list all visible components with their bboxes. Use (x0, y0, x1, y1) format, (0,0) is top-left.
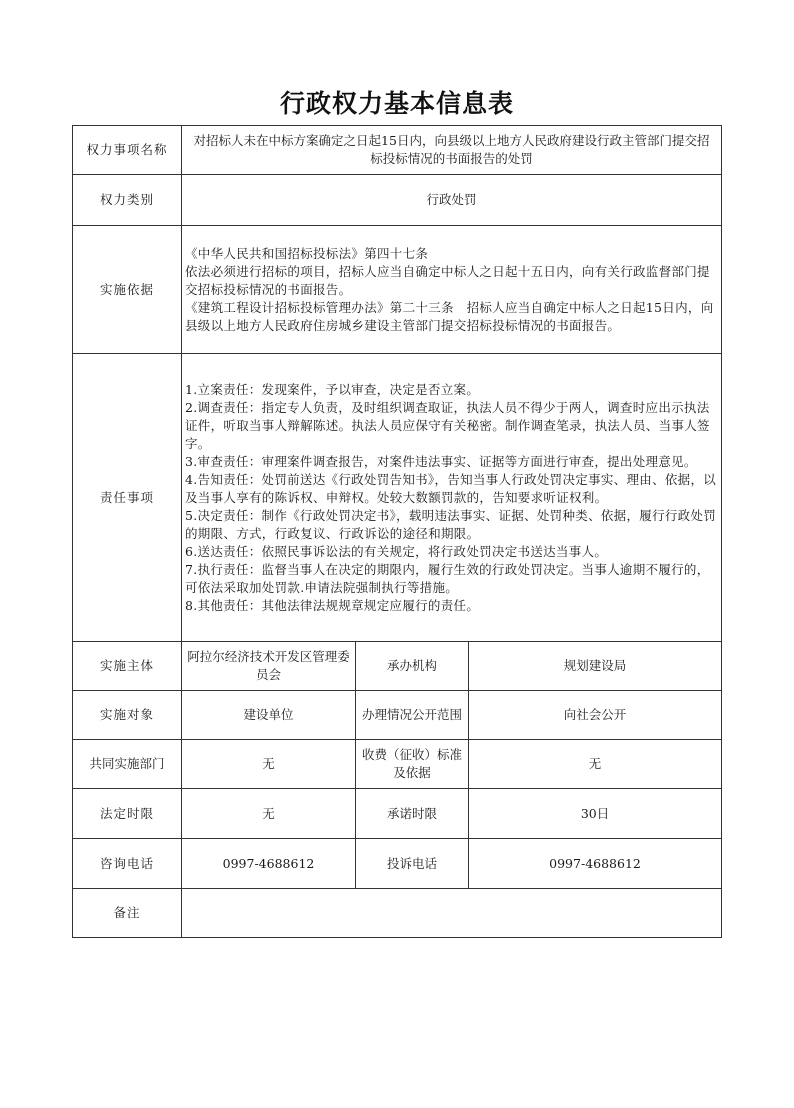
joint-dept-label: 共同实施部门 (73, 740, 182, 789)
responsibility-item: 1.立案责任：发现案件，予以审查，决定是否立案。 (185, 381, 718, 399)
complaint-phone-value: 0997-4688612 (469, 839, 722, 889)
inquiry-phone-label: 咨询电话 (73, 839, 182, 889)
row-phone: 咨询电话 0997-4688612 投诉电话 0997-4688612 (73, 839, 722, 889)
promised-time-limit-value: 30日 (469, 789, 722, 839)
remarks-label: 备注 (73, 889, 182, 938)
row-responsibilities: 责任事项 1.立案责任：发现案件，予以审查，决定是否立案。 2.调查责任：指定专… (73, 354, 722, 642)
basis-value: 《中华人民共和国招标投标法》第四十七条 依法必须进行招标的项目，招标人应当自确定… (182, 226, 722, 354)
basis-paragraph: 《中华人民共和国招标投标法》第四十七条 (185, 245, 718, 263)
inquiry-phone-value: 0997-4688612 (182, 839, 356, 889)
row-subject: 实施主体 阿拉尔经济技术开发区管理委员会 承办机构 规划建设局 (73, 642, 722, 691)
responsibility-item: 2.调查责任：指定专人负责，及时组织调查取证，执法人员不得少于两人，调查时应出示… (185, 399, 718, 453)
page-title: 行政权力基本信息表 (0, 84, 794, 120)
power-category-label: 权力类别 (73, 175, 182, 226)
basis-paragraph: 依法必须进行招标的项目，招标人应当自确定中标人之日起十五日内，向有关行政监督部门… (185, 263, 718, 299)
fee-standard-value: 无 (469, 740, 722, 789)
power-name-label: 权力事项名称 (73, 126, 182, 175)
complaint-phone-label: 投诉电话 (356, 839, 469, 889)
row-remarks: 备注 (73, 889, 722, 938)
info-table: 权力事项名称 对招标人未在中标方案确定之日起15日内，向县级以上地方人民政府建设… (72, 125, 722, 938)
handling-agency-label: 承办机构 (356, 642, 469, 691)
legal-time-limit-label: 法定时限 (73, 789, 182, 839)
disclosure-scope-value: 向社会公开 (469, 691, 722, 740)
responsibility-item: 3.审查责任：审理案件调查报告，对案件违法事实、证据等方面进行审查，提出处理意见… (185, 453, 718, 471)
row-power-category: 权力类别 行政处罚 (73, 175, 722, 226)
responsibility-item: 8.其他责任：其他法律法规规章规定应履行的责任。 (185, 597, 718, 615)
target-label: 实施对象 (73, 691, 182, 740)
subject-label: 实施主体 (73, 642, 182, 691)
row-power-name: 权力事项名称 对招标人未在中标方案确定之日起15日内，向县级以上地方人民政府建设… (73, 126, 722, 175)
row-time-limit: 法定时限 无 承诺时限 30日 (73, 789, 722, 839)
responsibility-item: 6.送达责任：依照民事诉讼法的有关规定，将行政处罚决定书送达当事人。 (185, 543, 718, 561)
target-value: 建设单位 (182, 691, 356, 740)
promised-time-limit-label: 承诺时限 (356, 789, 469, 839)
responsibility-item: 7.执行责任：监督当事人在决定的期限内，履行生效的行政处罚决定。当事人逾期不履行… (185, 561, 718, 597)
row-basis: 实施依据 《中华人民共和国招标投标法》第四十七条 依法必须进行招标的项目，招标人… (73, 226, 722, 354)
handling-agency-value: 规划建设局 (469, 642, 722, 691)
subject-value: 阿拉尔经济技术开发区管理委员会 (182, 642, 356, 691)
basis-paragraph: 《建筑工程设计招标投标管理办法》第二十三条 招标人应当自确定中标人之日起15日内… (185, 299, 718, 335)
fee-standard-label: 收费（征收）标准及依据 (356, 740, 469, 789)
responsibilities-label: 责任事项 (73, 354, 182, 642)
power-name-value: 对招标人未在中标方案确定之日起15日内，向县级以上地方人民政府建设行政主管部门提… (182, 126, 722, 175)
row-joint-dept: 共同实施部门 无 收费（征收）标准及依据 无 (73, 740, 722, 789)
responsibilities-value: 1.立案责任：发现案件，予以审查，决定是否立案。 2.调查责任：指定专人负责，及… (182, 354, 722, 642)
row-target: 实施对象 建设单位 办理情况公开范围 向社会公开 (73, 691, 722, 740)
joint-dept-value: 无 (182, 740, 356, 789)
power-category-value: 行政处罚 (182, 175, 722, 226)
basis-label: 实施依据 (73, 226, 182, 354)
disclosure-scope-label: 办理情况公开范围 (356, 691, 469, 740)
responsibility-item: 5.决定责任：制作《行政处罚决定书》，载明违法事实、证据、处罚种类、依据，履行行… (185, 507, 718, 543)
legal-time-limit-value: 无 (182, 789, 356, 839)
remarks-value (182, 889, 722, 938)
responsibility-item: 4.告知责任：处罚前送达《行政处罚告知书》，告知当事人行政处罚决定事实、理由、依… (185, 471, 718, 507)
